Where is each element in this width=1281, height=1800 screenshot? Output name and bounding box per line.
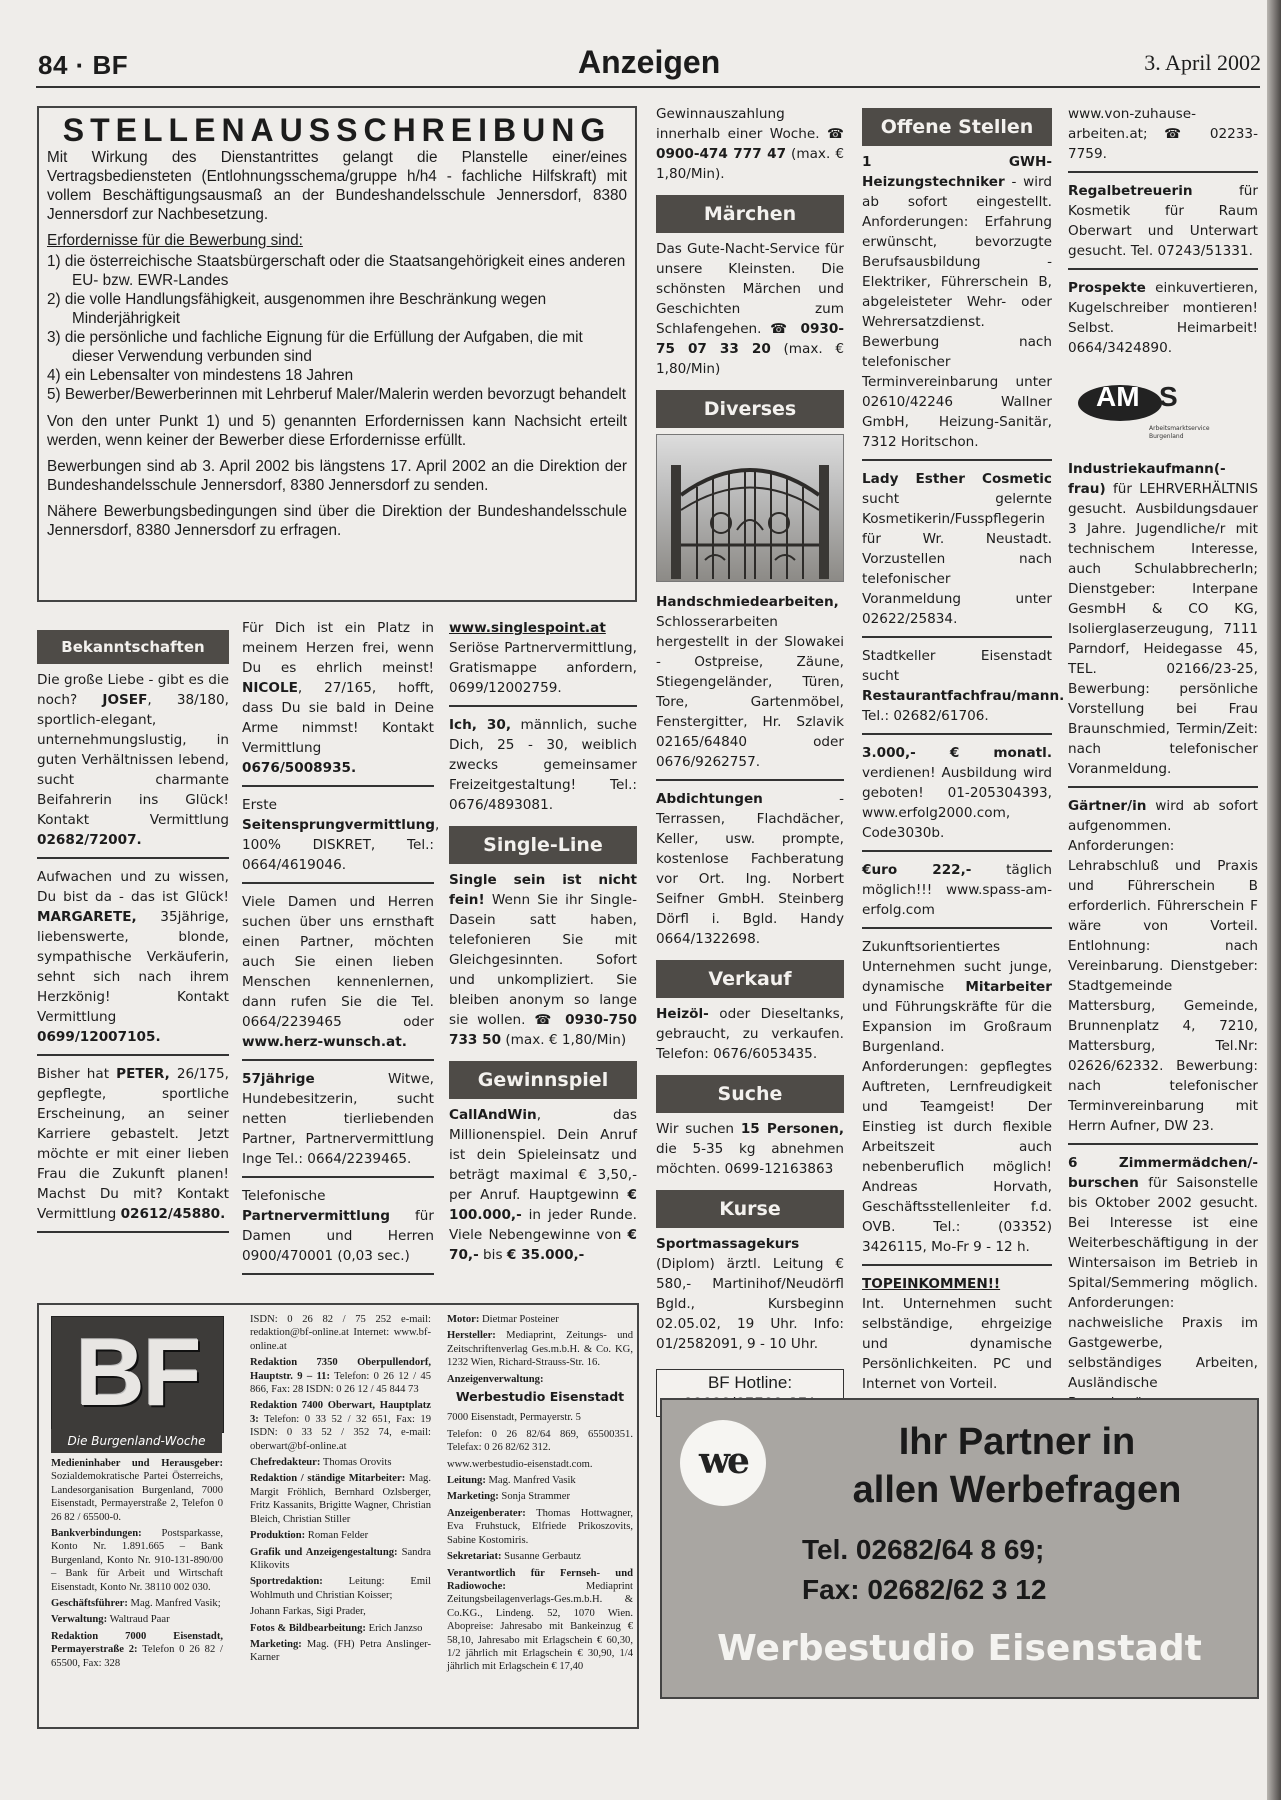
requirements-title: Erfordernisse für die Bewerbung sind: bbox=[47, 231, 627, 250]
classified-ad: 3.000,- € monatl. verdienen! Ausbildung … bbox=[862, 743, 1052, 852]
section-header-maerchen: Märchen bbox=[656, 195, 844, 233]
classified-ad: www.singlespoint.at Seriöse Partnervermi… bbox=[449, 618, 637, 707]
imprint-column-1: Medieninhaber und Herausgeber: Sozialdem… bbox=[51, 1457, 223, 1673]
classified-ad: TOPEINKOMMEN!! Int. Unternehmen sucht se… bbox=[862, 1274, 1052, 1401]
classified-ad: Bisher hat PETER, 26/175, gepflegte, spo… bbox=[37, 1064, 229, 1233]
section-title: Anzeigen bbox=[578, 44, 720, 81]
page-edge-shadow bbox=[1267, 0, 1281, 1800]
classified-ad: Abdichtungen - Terrassen, Flachdächer, K… bbox=[656, 789, 844, 956]
werbestudio-advertisement: we Ihr Partner in allen Werbefragen Tel.… bbox=[660, 1398, 1259, 1699]
imprint-column-3: Motor: Dietmar Posteiner Hersteller: Med… bbox=[447, 1313, 633, 1677]
classified-ad: Lady Esther Cosmetic sucht gelernte Kosm… bbox=[862, 469, 1052, 638]
requirement-item: 1) die österreichische Staatsbürgerschaf… bbox=[47, 252, 627, 290]
imprint-column-2: ISDN: 0 26 82 / 75 252 e-mail: redaktion… bbox=[250, 1313, 431, 1668]
section-header-gewinnspiel: Gewinnspiel bbox=[449, 1061, 637, 1099]
issue-date: 3. April 2002 bbox=[1144, 50, 1261, 76]
hotline-label: BF Hotline: bbox=[657, 1372, 843, 1393]
classified-ad: Ich, 30, männlich, suche Dich, 25 - 30, … bbox=[449, 715, 637, 822]
classified-ad: Gewinnauszahlung innerhalb einer Woche. … bbox=[656, 104, 844, 191]
column-offene-stellen: Offene Stellen 1 GWH-Heizungstechniker -… bbox=[862, 104, 1052, 1403]
classified-ad: Zukunftsorientiertes Unternehmen sucht j… bbox=[862, 937, 1052, 1266]
section-header-bekanntschaften: Bekanntschaften bbox=[37, 630, 229, 664]
header-divider bbox=[36, 86, 1260, 88]
column-2: Für Dich ist ein Platz in meinem Herzen … bbox=[242, 618, 434, 1283]
topeinkommen-title: TOPEINKOMMEN!! bbox=[862, 1274, 1052, 1294]
classified-ad: Aufwachen und zu wissen, Du bist da - da… bbox=[37, 867, 229, 1056]
ad-contact: Tel. 02682/64 8 69; Fax: 02682/62 3 12 bbox=[802, 1530, 1046, 1610]
classified-ad: 1 GWH-Heizungstechniker - wird ab sofort… bbox=[862, 152, 1052, 461]
classified-ad: Handschmiedearbeiten, Schlosserarbeiten … bbox=[656, 592, 844, 781]
classified-ad: Single sein ist nicht fein! Wenn Sie ihr… bbox=[449, 870, 637, 1057]
requirement-item: 4) ein Lebensalter von mindestens 18 Jah… bbox=[47, 366, 627, 385]
further-info: Nähere Bewerbungsbedingungen sind über d… bbox=[47, 502, 627, 540]
classified-ad: 57jährige Witwe, Hundebesitzerin, sucht … bbox=[242, 1069, 434, 1178]
ams-logo: AMS ArbeitsmarktserviceBurgenland bbox=[1068, 373, 1258, 449]
classified-ad: Industriekaufmann(-frau) für LEHRVERHÄLT… bbox=[1068, 459, 1258, 788]
ad-company-name: Werbestudio Eisenstadt bbox=[662, 1628, 1257, 1669]
wrought-iron-gate-photo bbox=[656, 434, 844, 582]
requirement-item: 5) Bewerber/Bewerberinnen mit Lehrberuf … bbox=[47, 385, 627, 404]
column-bekanntschaften: Bekanntschaften Die große Liebe - gibt e… bbox=[37, 626, 229, 1241]
job-posting-box: STELLENAUSSCHREIBUNG Mit Wirkung des Die… bbox=[37, 106, 637, 602]
ad-headline: Ihr Partner in allen Werbefragen bbox=[802, 1418, 1232, 1514]
requirement-item: 3) die persönliche und fachliche Eignung… bbox=[47, 328, 627, 366]
column-4: Gewinnauszahlung innerhalb einer Woche. … bbox=[656, 104, 844, 1417]
classified-ad: Regalbetreuerin für Kosmetik für Raum Ob… bbox=[1068, 181, 1258, 270]
bf-logo-subtitle: Die Burgenland-Woche bbox=[51, 1429, 222, 1453]
job-posting-title: STELLENAUSSCHREIBUNG bbox=[47, 112, 627, 148]
classified-ad: Für Dich ist ein Platz in meinem Herzen … bbox=[242, 618, 434, 787]
singlespoint-link[interactable]: www.singlespoint.at bbox=[449, 620, 606, 636]
bf-logo: BF bbox=[51, 1316, 224, 1433]
classified-ad: Viele Damen und Herren suchen über uns e… bbox=[242, 892, 434, 1061]
classified-ad: Heizöl- oder Dieseltanks, gebraucht, zu … bbox=[656, 1004, 844, 1071]
classified-ad: Wir suchen 15 Personen, die 5-35 kg abne… bbox=[656, 1119, 844, 1186]
classified-ad: Gärtner/in wird ab sofort aufgenommen. A… bbox=[1068, 796, 1258, 1145]
classified-ad: Sportmassagekurs (Diplom) ärztl. Leitung… bbox=[656, 1234, 844, 1361]
requirements-list: 1) die österreichische Staatsbürgerschaf… bbox=[47, 252, 627, 404]
section-header-offene-stellen: Offene Stellen bbox=[862, 108, 1052, 146]
classified-ad: CallAndWin, das Millionenspiel. Dein Anr… bbox=[449, 1105, 637, 1272]
classified-ad: €uro 222,- täglich möglich!!! www.spass-… bbox=[862, 860, 1052, 929]
imprint-box: BF Die Burgenland-Woche Medieninhaber un… bbox=[37, 1303, 639, 1729]
application-deadline: Bewerbungen sind ab 3. April 2002 bis lä… bbox=[47, 457, 627, 495]
section-header-verkauf: Verkauf bbox=[656, 960, 844, 998]
classified-ad: Telefonische Partnervermittlung für Dame… bbox=[242, 1186, 434, 1275]
werbestudio-logo: we bbox=[680, 1420, 766, 1506]
classified-ad: www.von-zuhause-arbeiten.at; ☎ 02233-775… bbox=[1068, 104, 1258, 173]
requirement-item: 2) die volle Handlungsfähigkeit, ausgeno… bbox=[47, 290, 627, 328]
section-header-diverses: Diverses bbox=[656, 390, 844, 428]
section-header-single-line: Single-Line bbox=[449, 826, 637, 864]
classified-ad: Das Gute-Nacht-Service für unsere Kleins… bbox=[656, 239, 844, 386]
section-header-suche: Suche bbox=[656, 1075, 844, 1113]
ad-phone: Tel. 02682/64 8 69; bbox=[802, 1530, 1046, 1570]
classified-ad: 6 Zimmermädchen/-burschen für Saisonstel… bbox=[1068, 1153, 1258, 1420]
classified-ad: Die große Liebe - gibt es die noch? JOSE… bbox=[37, 670, 229, 859]
waiver-note: Von den unter Punkt 1) und 5) genannten … bbox=[47, 412, 627, 450]
page-number: 84 · BF bbox=[38, 50, 128, 81]
ad-fax: Fax: 02682/62 3 12 bbox=[802, 1570, 1046, 1610]
gate-icon bbox=[657, 435, 843, 579]
section-header-kurse: Kurse bbox=[656, 1190, 844, 1228]
classified-ad: Prospekte einkuvertieren, Kugelschreiber… bbox=[1068, 278, 1258, 365]
column-6: www.von-zuhause-arbeiten.at; ☎ 02233-775… bbox=[1068, 104, 1258, 1422]
werbestudio-name: Werbestudio Eisenstadt bbox=[447, 1390, 633, 1403]
job-posting-intro: Mit Wirkung des Dienstantrittes gelangt … bbox=[47, 148, 627, 224]
classified-ad: Erste Seitensprungvermittlung, 100% DISK… bbox=[242, 795, 434, 884]
column-3: www.singlespoint.at Seriöse Partnervermi… bbox=[449, 618, 637, 1274]
classified-ad: Stadtkeller Eisenstadt sucht Restaurantf… bbox=[862, 646, 1052, 735]
